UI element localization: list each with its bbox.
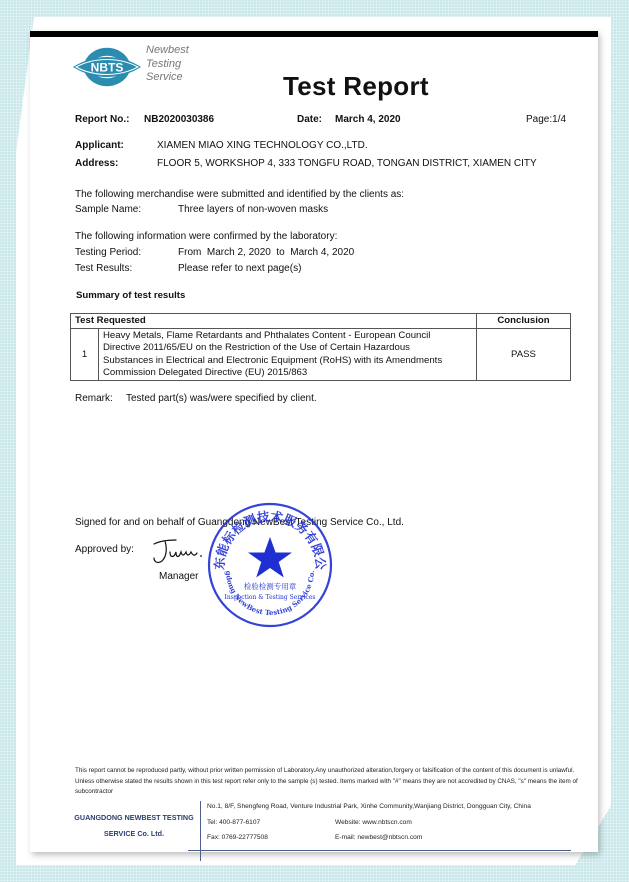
date-value: March 4, 2020 — [335, 114, 401, 125]
test-results-value: Please refer to next page(s) — [178, 263, 301, 274]
logo-line-testing: Testing — [146, 58, 189, 72]
logo-tagline: Newbest Testing Service — [146, 44, 189, 85]
footer-address: No.1, 8/F, Shengfeng Road, Venture Indus… — [207, 803, 531, 810]
sample-intro: The following merchandise were submitted… — [75, 189, 404, 200]
lab-intro: The following information were confirmed… — [75, 231, 337, 242]
report-no-label: Report No.: — [75, 114, 129, 125]
description-line: Substances in Electrical and Electronic … — [103, 355, 472, 367]
table-header-row: Test Requested Conclusion — [71, 314, 571, 329]
svg-text:NBTS: NBTS — [91, 61, 124, 75]
footer-website[interactable]: Website: www.nbtscn.com — [335, 819, 412, 826]
testing-period-label: Testing Period: — [75, 247, 141, 258]
remark-label: Remark: — [75, 393, 113, 404]
table-row: 1 Heavy Metals, Flame Retardants and Pht… — [71, 329, 571, 381]
description-line: Commission Delegated Directive (EU) 2015… — [103, 367, 472, 379]
header-bar — [30, 31, 598, 37]
company-seal-icon: 广东能标检测技术服务有限公司 检验检测专用章 Inspection & Test… — [206, 501, 334, 629]
page-number: Page:1/4 — [526, 114, 566, 125]
test-results-label: Test Results: — [75, 263, 132, 274]
remark-text: Tested part(s) was/were specified by cli… — [126, 393, 317, 404]
footer-tel: Tel: 400-877-6107 — [207, 819, 260, 826]
summary-heading: Summary of test results — [76, 290, 185, 301]
applicant-value: XIAMEN MIAO XING TECHNOLOGY CO.,LTD. — [157, 140, 368, 151]
column-conclusion: Conclusion — [477, 314, 571, 329]
svg-text:检验检测专用章: 检验检测专用章 — [244, 581, 297, 591]
report-no-value: NB2020030386 — [144, 114, 214, 125]
row-conclusion: PASS — [477, 329, 571, 381]
sample-name-label: Sample Name: — [75, 204, 141, 215]
applicant-label: Applicant: — [75, 140, 124, 151]
approved-by-label: Approved by: — [75, 544, 134, 555]
address-value: FLOOR 5, WORKSHOP 4, 333 TONGFU ROAD, TO… — [157, 158, 537, 169]
logo-line-service: Service — [146, 71, 189, 85]
report-sheet: NBTS Newbest Testing Service Test Report… — [30, 31, 598, 852]
description-line: Directive 2011/65/EU on the Restriction … — [103, 342, 472, 354]
nbts-logo-icon: NBTS — [71, 39, 143, 95]
logo-line-newbest: Newbest — [146, 44, 189, 58]
company-line-2: SERVICE Co. Ltd. — [74, 826, 194, 842]
footer-email[interactable]: E-mail: newbest@nbtscn.com — [335, 834, 422, 841]
company-line-1: GUANGDONG NEWBEST TESTING — [74, 810, 194, 826]
footer-divider-horizontal — [188, 850, 571, 851]
footer-divider-vertical — [200, 801, 201, 861]
approver-title: Manager — [159, 571, 198, 582]
summary-table: Test Requested Conclusion 1 Heavy Metals… — [70, 313, 571, 381]
address-label: Address: — [75, 158, 118, 169]
page-title: Test Report — [283, 71, 429, 102]
sample-name-value: Three layers of non-woven masks — [178, 204, 328, 215]
signature-icon — [148, 536, 208, 566]
date-label: Date: — [297, 114, 322, 125]
description-line: Heavy Metals, Flame Retardants and Phtha… — [103, 330, 472, 342]
testing-period-value: From March 2, 2020 to March 4, 2020 — [178, 247, 354, 258]
column-test-requested: Test Requested — [71, 314, 477, 329]
footer-disclaimer: This report cannot be reproduced partly,… — [75, 766, 580, 798]
row-number: 1 — [71, 329, 99, 381]
footer-fax: Fax: 0769-22777508 — [207, 834, 268, 841]
row-test-description: Heavy Metals, Flame Retardants and Phtha… — [99, 329, 477, 381]
footer-company-name: GUANGDONG NEWBEST TESTING SERVICE Co. Lt… — [74, 810, 194, 842]
